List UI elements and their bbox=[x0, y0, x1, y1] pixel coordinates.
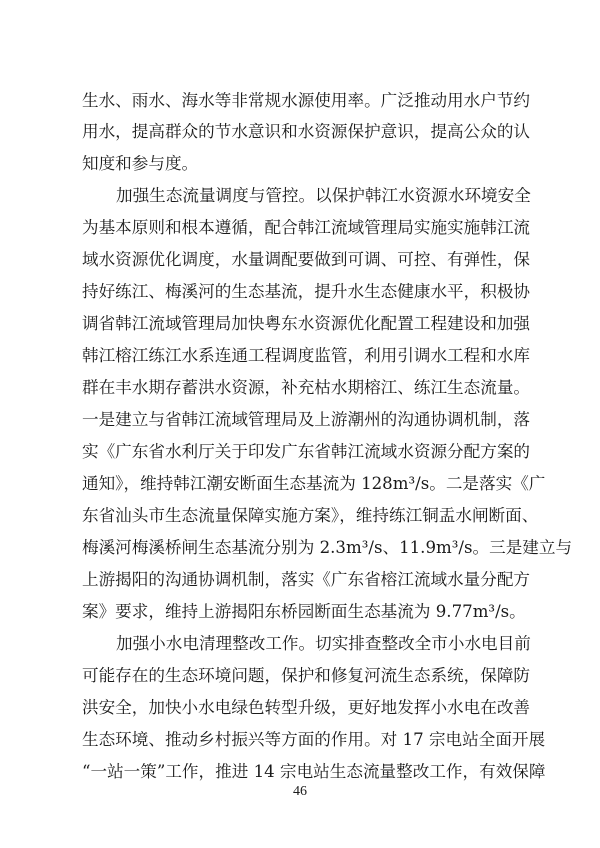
text-line-1: 生水、雨水、海水等非常规水源使用率。广泛推动用水户节约 bbox=[82, 89, 522, 113]
paragraph-heading-ecological-flow: 加强生态流量调度与管控。以保护韩江水资源水环境安全 bbox=[116, 184, 522, 208]
page-number: 46 bbox=[0, 783, 600, 801]
document-page: 生水、雨水、海水等非常规水源使用率。广泛推动用水户节约 用水，提高群众的节水意识… bbox=[0, 0, 600, 848]
text-line-22: “一站一策”工作，推进 14 宗电站生态流量整改工作，有效保障 bbox=[82, 760, 522, 784]
text-line-21: 生态环境、推动乡村振兴等方面的作用。对 17 宗电站全面开展 bbox=[82, 728, 522, 752]
text-line-15: 梅溪河梅溪桥闸生态基流分别为 2.3m³/s、11.9m³/s。三是建立与 bbox=[82, 536, 522, 560]
text-line-5: 为基本原则和根本遵循，配合韩江流域管理局实施实施韩江流 bbox=[82, 216, 522, 240]
text-line-2: 用水，提高群众的节水意识和水资源保护意识，提高公众的认 bbox=[82, 120, 522, 144]
text-line-12: 实《广东省水利厅关于印发广东省韩江流域水资源分配方案的 bbox=[82, 440, 522, 464]
text-line-3: 知度和参与度。 bbox=[82, 152, 522, 176]
text-line-8: 调省韩江流域管理局加快粤东水资源优化配置工程建设和加强 bbox=[82, 312, 522, 336]
text-line-16: 上游揭阳的沟通协调机制，落实《广东省榕江流域水量分配方 bbox=[82, 568, 522, 592]
paragraph-heading-small-hydropower: 加强小水电清理整改工作。切实排查整改全市小水电目前 bbox=[116, 632, 522, 656]
text-line-6: 域水资源优化调度，水量调配要做到可调、可控、有弹性，保 bbox=[82, 248, 522, 272]
text-line-19: 可能存在的生态环境问题，保护和修复河流生态系统，保障防 bbox=[82, 664, 522, 688]
text-line-13: 通知》，维持韩江潮安断面生态基流为 128m³/s。二是落实《广 bbox=[82, 472, 522, 496]
text-line-10: 群在丰水期存蓄洪水资源，补充枯水期榕江、练江生态流量。 bbox=[82, 376, 522, 400]
text-line-20: 洪安全，加快小水电绿色转型升级，更好地发挥小水电在改善 bbox=[82, 696, 522, 720]
text-line-11: 一是建立与省韩江流域管理局及上游潮州的沟通协调机制，落 bbox=[82, 408, 522, 432]
text-line-7: 持好练江、梅溪河的生态基流，提升水生态健康水平，积极协 bbox=[82, 280, 522, 304]
text-line-9: 韩江榕江练江水系连通工程调度监管，利用引调水工程和水库 bbox=[82, 344, 522, 368]
text-line-14: 东省汕头市生态流量保障实施方案》，维持练江铜盂水闸断面、 bbox=[82, 504, 522, 528]
text-line-17: 案》要求，维持上游揭阳东桥园断面生态基流为 9.77m³/s。 bbox=[82, 600, 522, 624]
